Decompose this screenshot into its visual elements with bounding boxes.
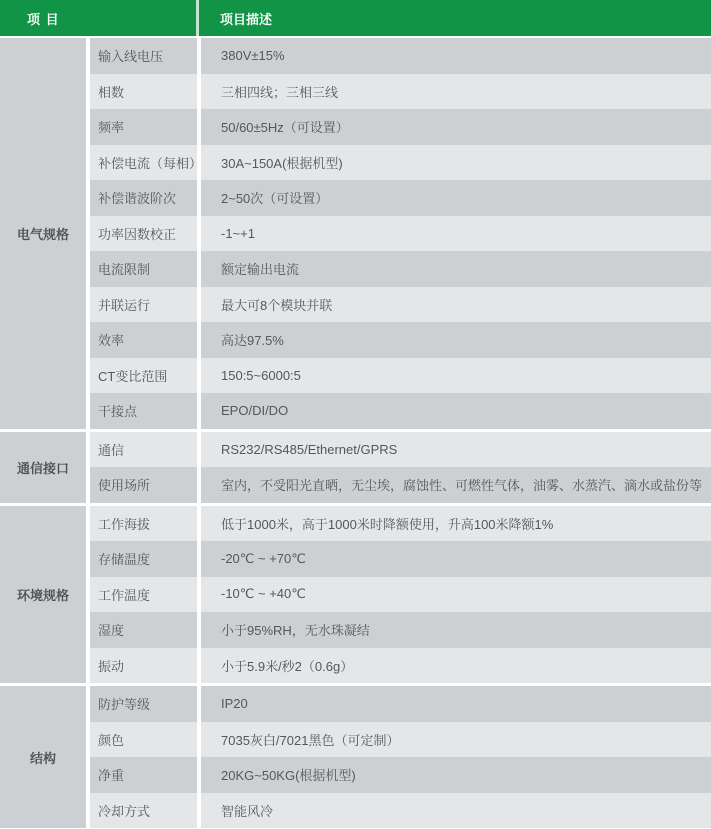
row-value: 30A~150A(根据机型) (201, 145, 711, 181)
row-name: 防护等级 (90, 686, 197, 722)
table-row: 防护等级IP20 (90, 686, 711, 722)
row-value: 低于1000米，高于1000米时降额使用，升高100米降额1% (201, 506, 711, 542)
row-value: 额定输出电流 (201, 251, 711, 287)
row-name: 补偿电流（每相） (90, 145, 197, 181)
table-row: 补偿谐波阶次2~50次（可设置） (90, 180, 711, 216)
row-value: 室内，不受阳光直晒，无尘埃，腐蚀性、可燃性气体，油雾、水蒸汽、滴水或盐份等 (201, 467, 711, 503)
group-label: 环境规格 (0, 506, 86, 684)
header-col-description: 项目描述 (199, 0, 711, 36)
group-label: 结构 (0, 686, 86, 828)
table-row: 振动小于5.9米/秒2（0.6g） (90, 648, 711, 684)
row-value: 50/60±5Hz（可设置） (201, 109, 711, 145)
table-row: 工作温度-10℃ ~ +40℃ (90, 577, 711, 613)
row-name: 并联运行 (90, 287, 197, 323)
row-name: 电流限制 (90, 251, 197, 287)
table-row: 通信RS232/RS485/Ethernet/GPRS (90, 432, 711, 468)
table-row: 频率50/60±5Hz（可设置） (90, 109, 711, 145)
group-label: 通信接口 (0, 432, 86, 503)
row-value: EPO/DI/DO (201, 393, 711, 429)
row-value: 小于95%RH，无水珠凝结 (201, 612, 711, 648)
group-rows: 工作海拔低于1000米，高于1000米时降额使用，升高100米降额1%存储温度-… (90, 506, 711, 684)
row-value: 高达97.5% (201, 322, 711, 358)
row-value: 7035灰白/7021黑色（可定制） (201, 722, 711, 758)
row-value: IP20 (201, 686, 711, 722)
row-name: 净重 (90, 757, 197, 793)
row-name: 工作海拔 (90, 506, 197, 542)
row-name: 干接点 (90, 393, 197, 429)
row-value: 2~50次（可设置） (201, 180, 711, 216)
row-value: -1~+1 (201, 216, 711, 252)
table-row: 湿度小于95%RH，无水珠凝结 (90, 612, 711, 648)
table-row: 干接点EPO/DI/DO (90, 393, 711, 429)
group-rows: 通信RS232/RS485/Ethernet/GPRS使用场所室内，不受阳光直晒… (90, 432, 711, 503)
table-row: 电流限制额定输出电流 (90, 251, 711, 287)
table-row: 净重20KG~50KG(根据机型) (90, 757, 711, 793)
row-name: 存储温度 (90, 541, 197, 577)
table-row: 冷却方式智能风冷 (90, 793, 711, 829)
row-name: 功率因数校正 (90, 216, 197, 252)
table-row: 并联运行最大可8个模块并联 (90, 287, 711, 323)
table-row: 相数三相四线；三相三线 (90, 74, 711, 110)
row-value: 最大可8个模块并联 (201, 287, 711, 323)
row-name: 使用场所 (90, 467, 197, 503)
row-value: 20KG~50KG(根据机型) (201, 757, 711, 793)
row-name: 通信 (90, 432, 197, 468)
group-label: 电气规格 (0, 38, 86, 429)
row-value: 三相四线；三相三线 (201, 74, 711, 110)
row-value: 小于5.9米/秒2（0.6g） (201, 648, 711, 684)
table-row: 存储温度-20℃ ~ +70℃ (90, 541, 711, 577)
group-rows: 防护等级IP20颜色7035灰白/7021黑色（可定制）净重20KG~50KG(… (90, 686, 711, 828)
row-name: 效率 (90, 322, 197, 358)
row-name: 颜色 (90, 722, 197, 758)
row-name: 补偿谐波阶次 (90, 180, 197, 216)
row-name: 输入线电压 (90, 38, 197, 74)
table-body: 电气规格输入线电压380V±15%相数三相四线；三相三线频率50/60±5Hz（… (0, 38, 711, 828)
row-name: 振动 (90, 648, 197, 684)
row-name: 工作温度 (90, 577, 197, 613)
row-name: 湿度 (90, 612, 197, 648)
group-rows: 输入线电压380V±15%相数三相四线；三相三线频率50/60±5Hz（可设置）… (90, 38, 711, 429)
table-row: 功率因数校正-1~+1 (90, 216, 711, 252)
table-row: 工作海拔低于1000米，高于1000米时降额使用，升高100米降额1% (90, 506, 711, 542)
table-row: 颜色7035灰白/7021黑色（可定制） (90, 722, 711, 758)
spec-group: 电气规格输入线电压380V±15%相数三相四线；三相三线频率50/60±5Hz（… (0, 38, 711, 429)
row-name: 相数 (90, 74, 197, 110)
row-value: -10℃ ~ +40℃ (201, 577, 711, 613)
row-value: 150:5~6000:5 (201, 358, 711, 394)
table-row: 输入线电压380V±15% (90, 38, 711, 74)
spec-table: 项 目 项目描述 电气规格输入线电压380V±15%相数三相四线；三相三线频率5… (0, 0, 711, 829)
spec-group: 通信接口通信RS232/RS485/Ethernet/GPRS使用场所室内，不受… (0, 432, 711, 503)
table-row: 补偿电流（每相）30A~150A(根据机型) (90, 145, 711, 181)
table-header: 项 目 项目描述 (0, 0, 711, 36)
spec-group: 结构防护等级IP20颜色7035灰白/7021黑色（可定制）净重20KG~50K… (0, 686, 711, 828)
spec-group: 环境规格工作海拔低于1000米，高于1000米时降额使用，升高100米降额1%存… (0, 506, 711, 684)
table-row: 效率高达97.5% (90, 322, 711, 358)
row-value: RS232/RS485/Ethernet/GPRS (201, 432, 711, 468)
row-name: 频率 (90, 109, 197, 145)
table-row: CT变比范围150:5~6000:5 (90, 358, 711, 394)
row-name: 冷却方式 (90, 793, 197, 829)
table-row: 使用场所室内，不受阳光直晒，无尘埃，腐蚀性、可燃性气体，油雾、水蒸汽、滴水或盐份… (90, 467, 711, 503)
row-value: 380V±15% (201, 38, 711, 74)
row-value: 智能风冷 (201, 793, 711, 829)
header-col-item: 项 目 (0, 0, 199, 36)
row-value: -20℃ ~ +70℃ (201, 541, 711, 577)
row-name: CT变比范围 (90, 358, 197, 394)
